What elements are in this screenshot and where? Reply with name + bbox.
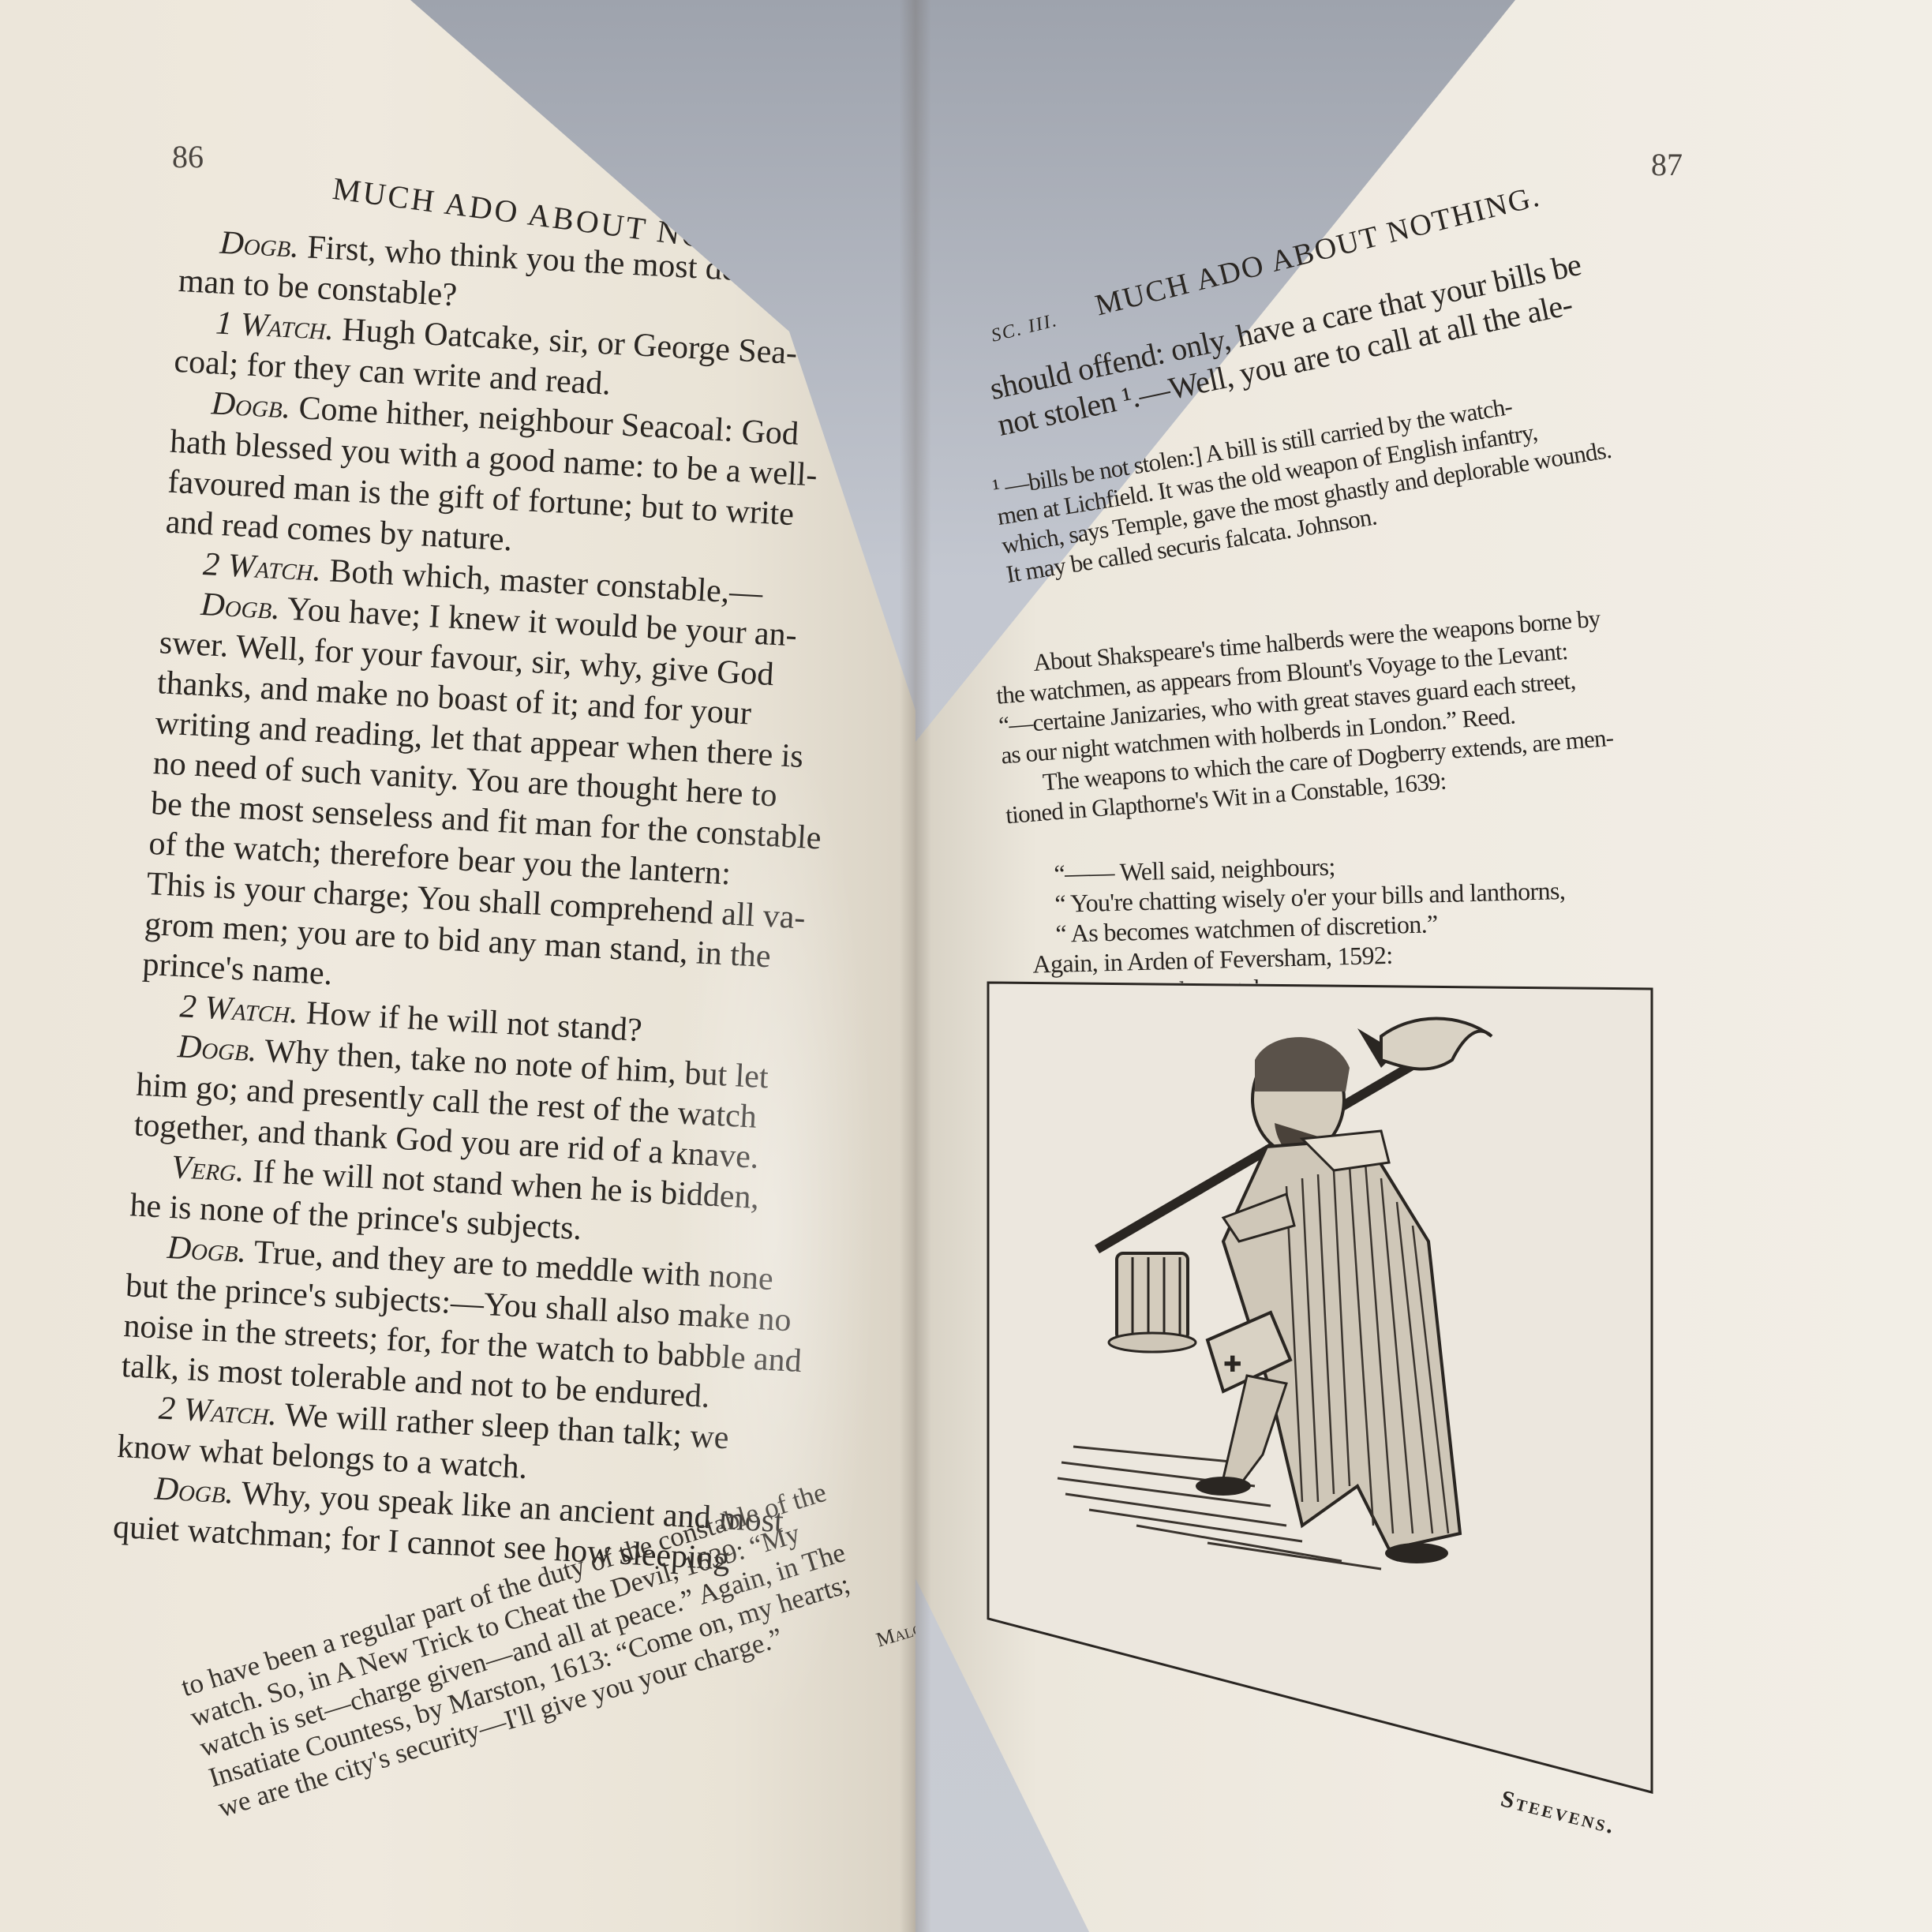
dialogue-text: prince's name.	[141, 946, 333, 993]
speaker-name: Dogb.	[177, 1028, 258, 1069]
left-page-body: Dogb. First, who think you the most desa…	[112, 221, 915, 1586]
speaker-name: Dogb.	[211, 385, 292, 425]
speaker-name: Dogb.	[167, 1230, 248, 1270]
book-gutter	[900, 0, 931, 1932]
speaker-name: 2 Watch.	[158, 1391, 278, 1433]
page-number-left: 86	[172, 138, 204, 175]
speaker-name: Dogb.	[200, 586, 281, 627]
speaker-name: 2 Watch.	[179, 988, 299, 1031]
page-number-right: 87	[1651, 146, 1683, 183]
speaker-name: Verg.	[170, 1149, 245, 1189]
watchman-woodcut-illustration: ✚	[987, 981, 1653, 1794]
speaker-name: Dogb.	[219, 225, 300, 265]
speaker-name: 2 Watch.	[202, 546, 322, 589]
svg-text:✚: ✚	[1223, 1353, 1241, 1377]
speaker-name: 1 Watch.	[215, 305, 335, 347]
speaker-name: Dogb.	[154, 1470, 235, 1511]
